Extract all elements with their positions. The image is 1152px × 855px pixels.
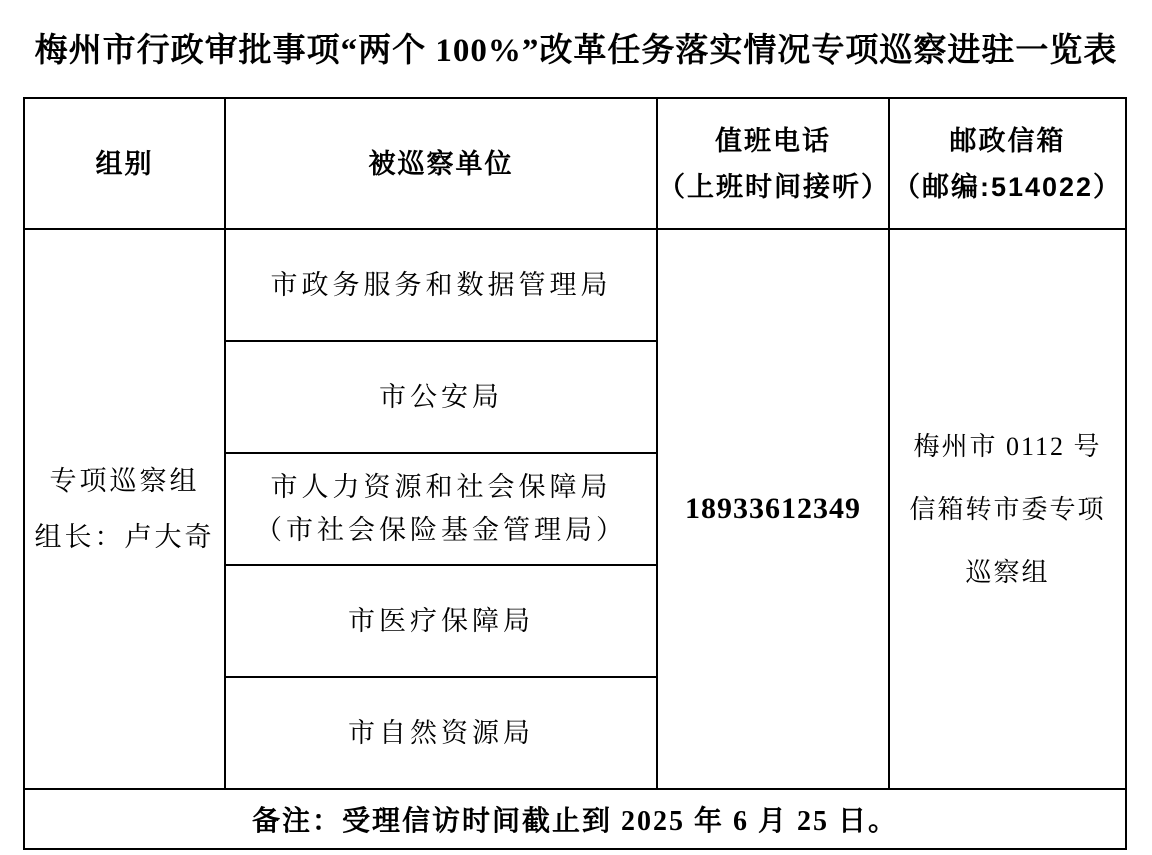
header-cell-units: 被巡察单位	[225, 98, 657, 229]
header-units-label: 被巡察单位	[226, 141, 656, 187]
header-group-label: 组别	[25, 141, 224, 187]
header-mailbox-label-line2: （邮编:514022）	[890, 164, 1125, 210]
header-phone-label-line2: （上班时间接听）	[658, 164, 888, 210]
table-header-row: 组别 被巡察单位 值班电话 （上班时间接听） 邮政信箱 （邮编:514022）	[24, 98, 1126, 229]
unit-name: 市政务服务和数据管理局	[226, 264, 656, 307]
mailbox-line2: 信箱转市委专项	[890, 478, 1125, 541]
header-cell-group: 组别	[24, 98, 225, 229]
unit-name: 市人力资源和社会保障局	[226, 466, 656, 509]
group-leader: 组长：卢大奇	[25, 509, 224, 565]
group-cell: 专项巡察组 组长：卢大奇	[24, 229, 225, 789]
unit-subname: （市社会保险基金管理局）	[226, 509, 656, 552]
header-cell-mailbox: 邮政信箱 （邮编:514022）	[889, 98, 1126, 229]
header-phone-label-line1: 值班电话	[658, 118, 888, 164]
header-cell-phone: 值班电话 （上班时间接听）	[657, 98, 889, 229]
table-row: 专项巡察组 组长：卢大奇 市政务服务和数据管理局 18933612349 梅州市…	[24, 229, 1126, 341]
unit-cell-3: 市人力资源和社会保障局 （市社会保险基金管理局）	[225, 453, 657, 565]
phone-cell: 18933612349	[657, 229, 889, 789]
mailbox-cell: 梅州市 0112 号 信箱转市委专项 巡察组	[889, 229, 1126, 789]
unit-cell-1: 市政务服务和数据管理局	[225, 229, 657, 341]
group-name: 专项巡察组	[25, 453, 224, 509]
inspection-table: 组别 被巡察单位 值班电话 （上班时间接听） 邮政信箱 （邮编:514022） …	[23, 97, 1127, 850]
unit-cell-5: 市自然资源局	[225, 677, 657, 789]
document-page: 梅州市行政审批事项“两个 100%”改革任务落实情况专项巡察进驻一览表 组别 被…	[0, 0, 1152, 855]
footer-note-cell: 备注：受理信访时间截止到 2025 年 6 月 25 日。	[24, 789, 1126, 849]
document-title: 梅州市行政审批事项“两个 100%”改革任务落实情况专项巡察进驻一览表	[0, 24, 1152, 71]
table-footer-row: 备注：受理信访时间截止到 2025 年 6 月 25 日。	[24, 789, 1126, 849]
unit-cell-2: 市公安局	[225, 341, 657, 453]
footer-note: 备注：受理信访时间截止到 2025 年 6 月 25 日。	[252, 806, 898, 837]
mailbox-line1: 梅州市 0112 号	[890, 415, 1125, 478]
unit-name: 市公安局	[226, 376, 656, 419]
mailbox-line3: 巡察组	[890, 541, 1125, 604]
phone-number: 18933612349	[658, 492, 888, 526]
unit-name: 市自然资源局	[226, 712, 656, 755]
unit-cell-4: 市医疗保障局	[225, 565, 657, 677]
header-mailbox-label-line1: 邮政信箱	[890, 118, 1125, 164]
unit-name: 市医疗保障局	[226, 600, 656, 643]
